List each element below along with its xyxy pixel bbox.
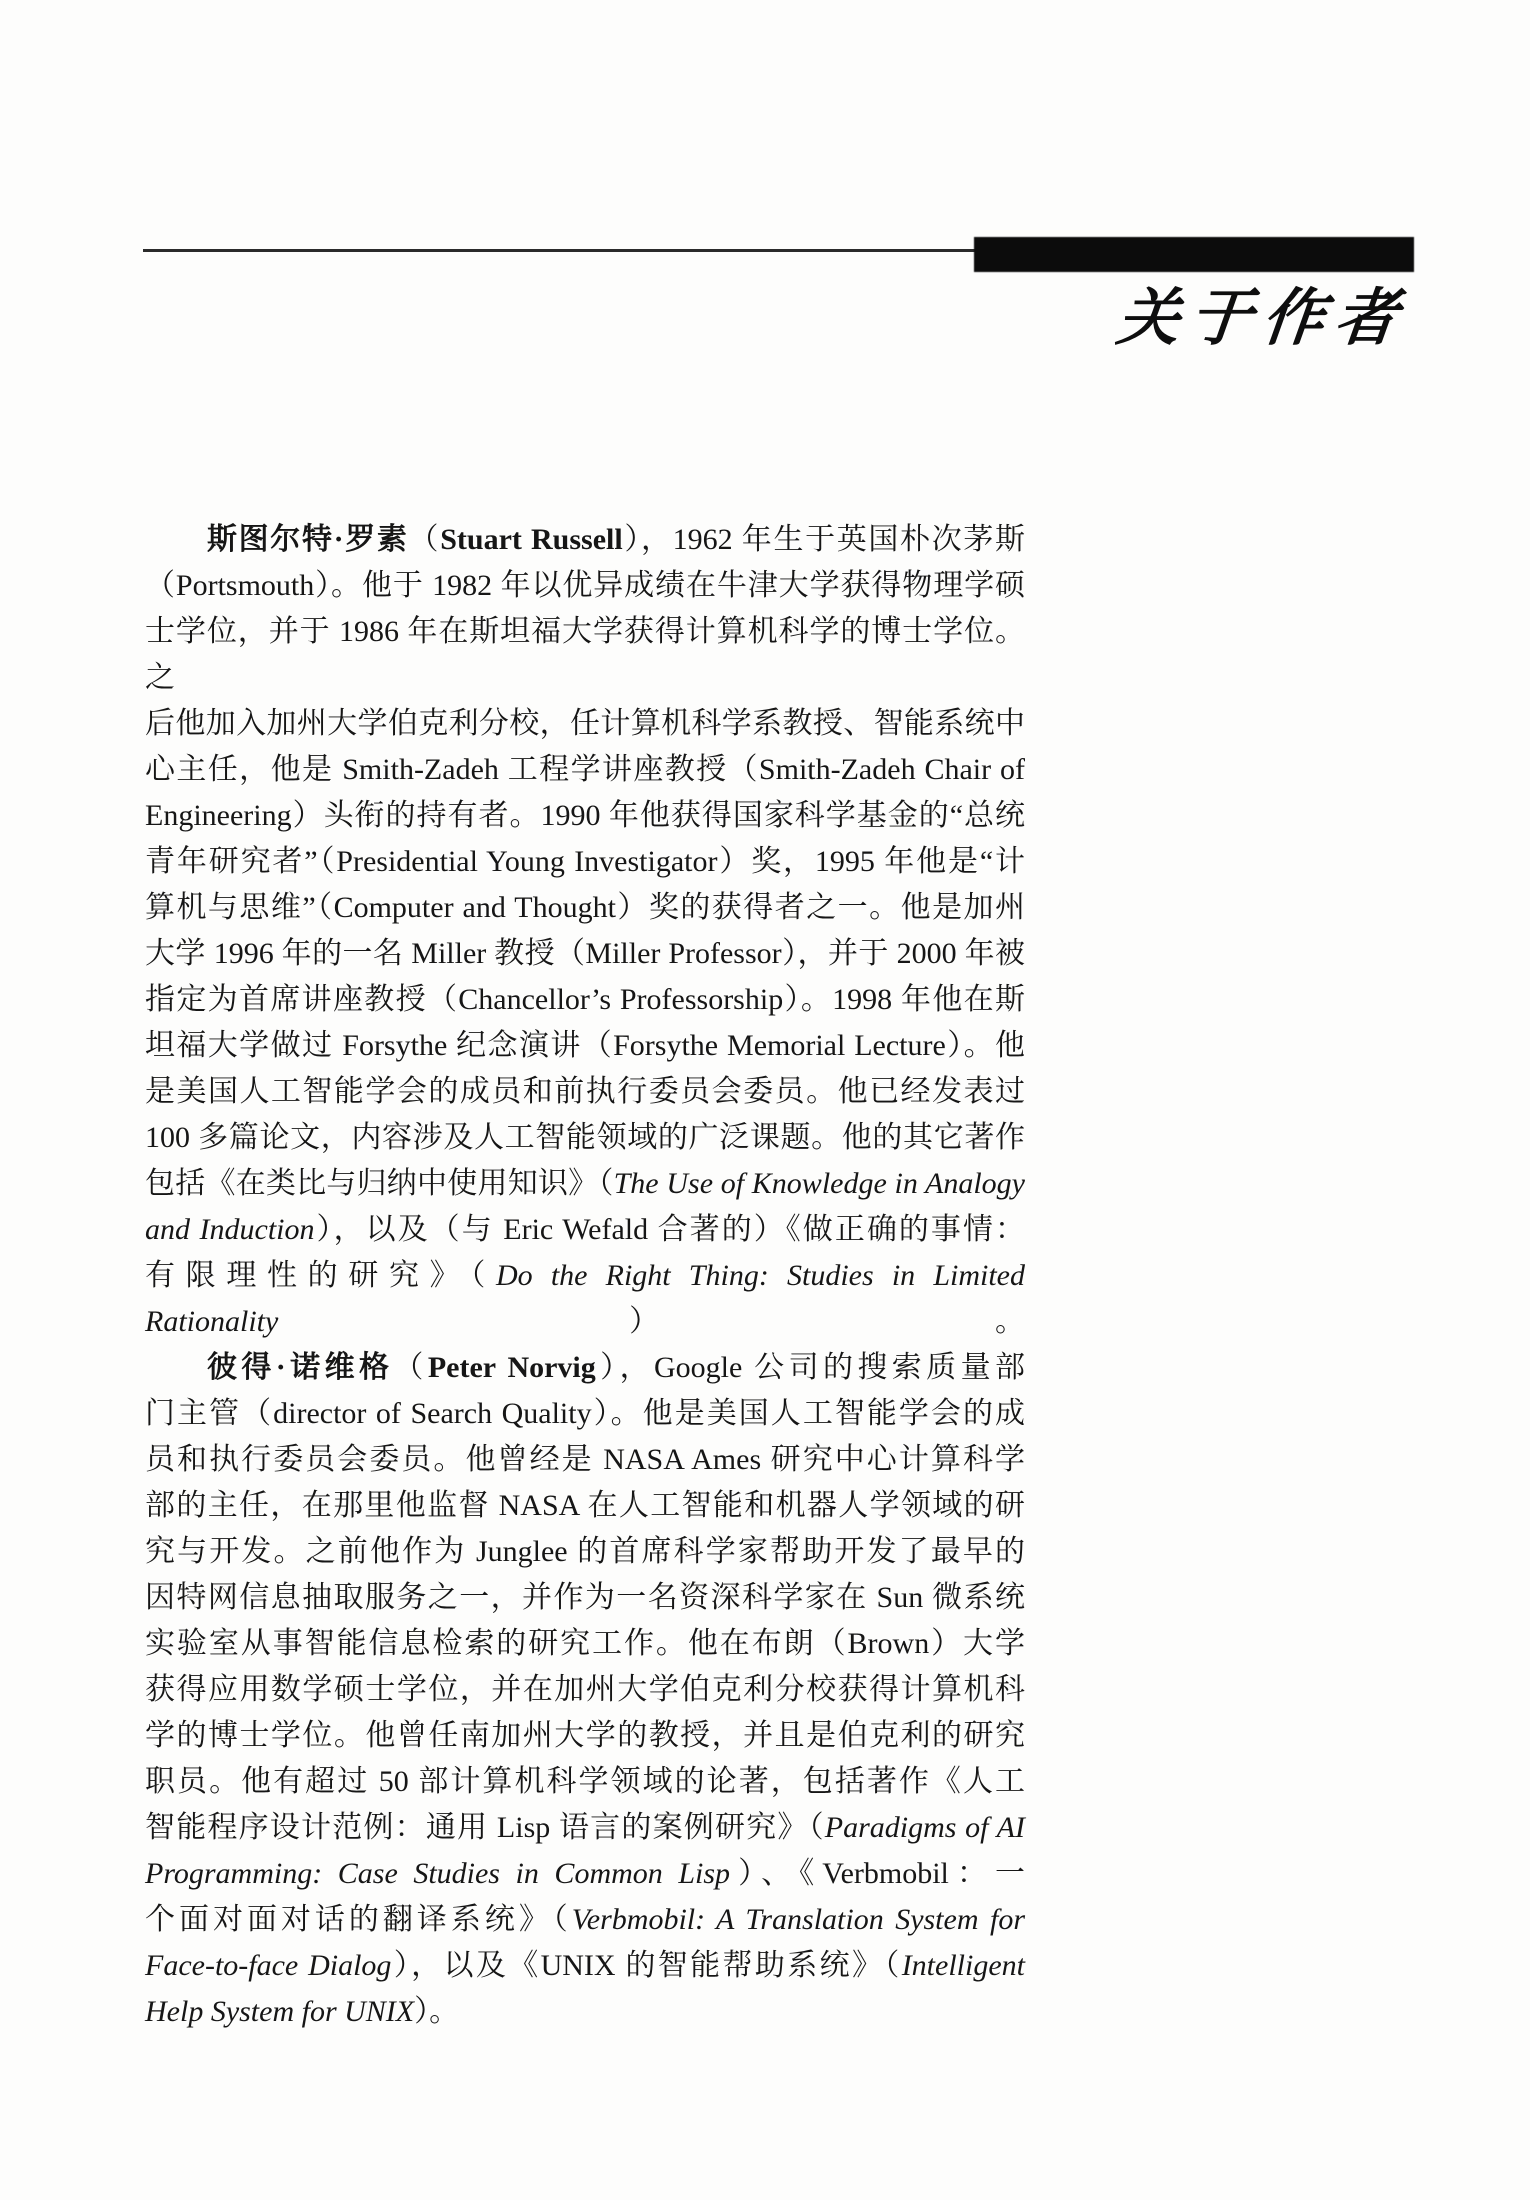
page-title: 关于作者 [1113, 268, 1413, 357]
text-line: Programming: Case Studies in Common Lisp… [145, 1851, 1025, 1897]
italic-text-run: Help System for UNIX [145, 1995, 414, 2028]
text-run: 职员。他有超过 50 部计算机科学领域的论著，包括著作《人工 [145, 1765, 1025, 1798]
text-line: Face-to-face Dialog），以及《UNIX 的智能帮助系统》（In… [145, 1943, 1025, 1989]
text-line: and Induction），以及（与 Eric Wefald 合著的）《做正确… [145, 1207, 1025, 1253]
text-run: 获得应用数学硕士学位，并在加州大学伯克利分校获得计算机科 [145, 1673, 1025, 1706]
italic-text-run: Paradigms of AI [825, 1811, 1025, 1844]
text-line: 包括《在类比与归纳中使用知识》（The Use of Knowledge in … [145, 1161, 1025, 1207]
text-line: 因特网信息抽取服务之一，并作为一名资深科学家在 Sun 微系统 [145, 1575, 1025, 1621]
text-line: 个面对面对话的翻译系统》（Verbmobil: A Translation Sy… [145, 1897, 1025, 1943]
text-run: 指定为首席讲座教授（Chancellor’s Professorship）。19… [145, 983, 1025, 1016]
header-rule-bar [975, 238, 1413, 271]
text-line: 100 多篇论文，内容涉及人工智能领域的广泛课题。他的其它著作 [145, 1115, 1025, 1161]
text-run: ），以及《UNIX 的智能帮助系统》（ [391, 1949, 901, 1982]
text-line: 实验室从事智能信息检索的研究工作。他在布朗（Brown）大学 [145, 1621, 1025, 1667]
italic-text-run: and Induction [145, 1213, 315, 1246]
text-run: 实验室从事智能信息检索的研究工作。他在布朗（Brown）大学 [145, 1627, 1025, 1660]
text-run: 包括《在类比与归纳中使用知识》（ [145, 1167, 614, 1200]
text-run: 学的博士学位。他曾任南加州大学的教授，并且是伯克利的研究 [145, 1719, 1025, 1752]
italic-text-run: Face-to-face Dialog [145, 1949, 391, 1982]
text-line: 是美国人工智能学会的成员和前执行委员会委员。他已经发表过 [145, 1069, 1025, 1115]
text-line: 彼得·诺维格（Peter Norvig），Google 公司的搜索质量部 [145, 1345, 1025, 1391]
text-line: Engineering）头衔的持有者。1990 年他获得国家科学基金的“总统 [145, 793, 1025, 839]
text-run: 大学 1996 年的一名 Miller 教授（Miller Professor）… [145, 937, 1025, 970]
text-line: 部的主任，在那里他监督 NASA 在人工智能和机器人学领域的研 [145, 1483, 1025, 1529]
bold-text-run: Peter Norvig [428, 1351, 596, 1384]
italic-text-run: Programming: Case Studies in Common Lisp [145, 1857, 730, 1890]
text-line: 指定为首席讲座教授（Chancellor’s Professorship）。19… [145, 977, 1025, 1023]
italic-text-run: Verbmobil: A Translation System for [572, 1903, 1025, 1936]
text-line: 青年研究者”（Presidential Young Investigator）奖… [145, 839, 1025, 885]
text-line: 算机与思维”（Computer and Thought）奖的获得者之一。他是加州 [145, 885, 1025, 931]
text-run: 后他加入加州大学伯克利分校，任计算机科学系教授、智能系统中 [145, 707, 1025, 740]
text-run: 究与开发。之前他作为 Junglee 的首席科学家帮助开发了最早的 [145, 1535, 1025, 1568]
text-run: ）。 [414, 1995, 459, 2028]
text-run: 100 多篇论文，内容涉及人工智能领域的广泛课题。他的其它著作 [145, 1121, 1025, 1154]
text-run: ），以及（与 Eric Wefald 合著的）《做正确的事情： [315, 1213, 1025, 1246]
text-run: （ [393, 1351, 427, 1384]
text-run: （ [409, 523, 441, 556]
text-run: ）。 [278, 1305, 1025, 1338]
bold-text-run: 彼得·诺维格 [207, 1351, 393, 1384]
text-run: ）、《Verbmobil：一 [730, 1857, 1025, 1890]
text-run: 智能程序设计范例：通用 Lisp 语言的案例研究》（ [145, 1811, 825, 1844]
text-run: 士学位，并于 1986 年在斯坦福大学获得计算机科学的博士学位。之 [145, 615, 1025, 694]
text-run: Engineering）头衔的持有者。1990 年他获得国家科学基金的“总统 [145, 799, 1025, 832]
text-line: 坦福大学做过 Forsythe 纪念演讲（Forsythe Memorial L… [145, 1023, 1025, 1069]
text-line: Help System for UNIX）。 [145, 1989, 1025, 2035]
italic-text-run: The Use of Knowledge in Analogy [614, 1167, 1025, 1200]
italic-text-run: Intelligent [902, 1949, 1025, 1982]
text-line: 门主管（director of Search Quality）。他是美国人工智能… [145, 1391, 1025, 1437]
text-run: 是美国人工智能学会的成员和前执行委员会委员。他已经发表过 [145, 1075, 1025, 1108]
text-line: 职员。他有超过 50 部计算机科学领域的论著，包括著作《人工 [145, 1759, 1025, 1805]
paragraph: 彼得·诺维格（Peter Norvig），Google 公司的搜索质量部门主管（… [145, 1345, 1025, 2035]
bold-text-run: Stuart Russell [440, 523, 623, 556]
text-line: 学的博士学位。他曾任南加州大学的教授，并且是伯克利的研究 [145, 1713, 1025, 1759]
text-run: ），Google 公司的搜索质量部 [596, 1351, 1025, 1384]
text-run: 心主任，他是 Smith-Zadeh 工程学讲座教授（Smith-Zadeh C… [145, 753, 1025, 786]
text-run: 青年研究者”（Presidential Young Investigator）奖… [145, 845, 1025, 878]
text-run: 门主管（director of Search Quality）。他是美国人工智能… [145, 1397, 1025, 1430]
text-line: 获得应用数学硕士学位，并在加州大学伯克利分校获得计算机科 [145, 1667, 1025, 1713]
text-line: 后他加入加州大学伯克利分校，任计算机科学系教授、智能系统中 [145, 701, 1025, 747]
text-line: 员和执行委员会委员。他曾经是 NASA Ames 研究中心计算科学 [145, 1437, 1025, 1483]
text-run: 算机与思维”（Computer and Thought）奖的获得者之一。他是加州 [145, 891, 1025, 924]
text-run: （Portsmouth）。他于 1982 年以优异成绩在牛津大学获得物理学硕 [145, 569, 1025, 602]
text-line: 士学位，并于 1986 年在斯坦福大学获得计算机科学的博士学位。之 [145, 609, 1025, 701]
text-run: 部的主任，在那里他监督 NASA 在人工智能和机器人学领域的研 [145, 1489, 1025, 1522]
text-line: 心主任，他是 Smith-Zadeh 工程学讲座教授（Smith-Zadeh C… [145, 747, 1025, 793]
header-rule-line [143, 249, 977, 252]
text-run: 因特网信息抽取服务之一，并作为一名资深科学家在 Sun 微系统 [145, 1581, 1025, 1614]
text-line: 究与开发。之前他作为 Junglee 的首席科学家帮助开发了最早的 [145, 1529, 1025, 1575]
text-run: ），1962 年生于英国朴次茅斯 [623, 523, 1025, 556]
paragraph: 斯图尔特·罗素（Stuart Russell），1962 年生于英国朴次茅斯（P… [145, 517, 1025, 1345]
text-line: 有限理性的研究》（Do the Right Thing: Studies in … [145, 1253, 1025, 1345]
article-body: 斯图尔特·罗素（Stuart Russell），1962 年生于英国朴次茅斯（P… [145, 517, 1025, 2035]
text-run: 有限理性的研究》（ [145, 1259, 496, 1292]
text-line: 智能程序设计范例：通用 Lisp 语言的案例研究》（Paradigms of A… [145, 1805, 1025, 1851]
text-run: 坦福大学做过 Forsythe 纪念演讲（Forsythe Memorial L… [145, 1029, 1025, 1062]
text-line: 大学 1996 年的一名 Miller 教授（Miller Professor）… [145, 931, 1025, 977]
text-line: （Portsmouth）。他于 1982 年以优异成绩在牛津大学获得物理学硕 [145, 563, 1025, 609]
text-run: 员和执行委员会委员。他曾经是 NASA Ames 研究中心计算科学 [145, 1443, 1025, 1476]
bold-text-run: 斯图尔特·罗素 [207, 523, 409, 556]
book-page: 关于作者 斯图尔特·罗素（Stuart Russell），1962 年生于英国朴… [0, 0, 1530, 2200]
text-line: 斯图尔特·罗素（Stuart Russell），1962 年生于英国朴次茅斯 [145, 517, 1025, 563]
text-run: 个面对面对话的翻译系统》（ [145, 1903, 572, 1936]
